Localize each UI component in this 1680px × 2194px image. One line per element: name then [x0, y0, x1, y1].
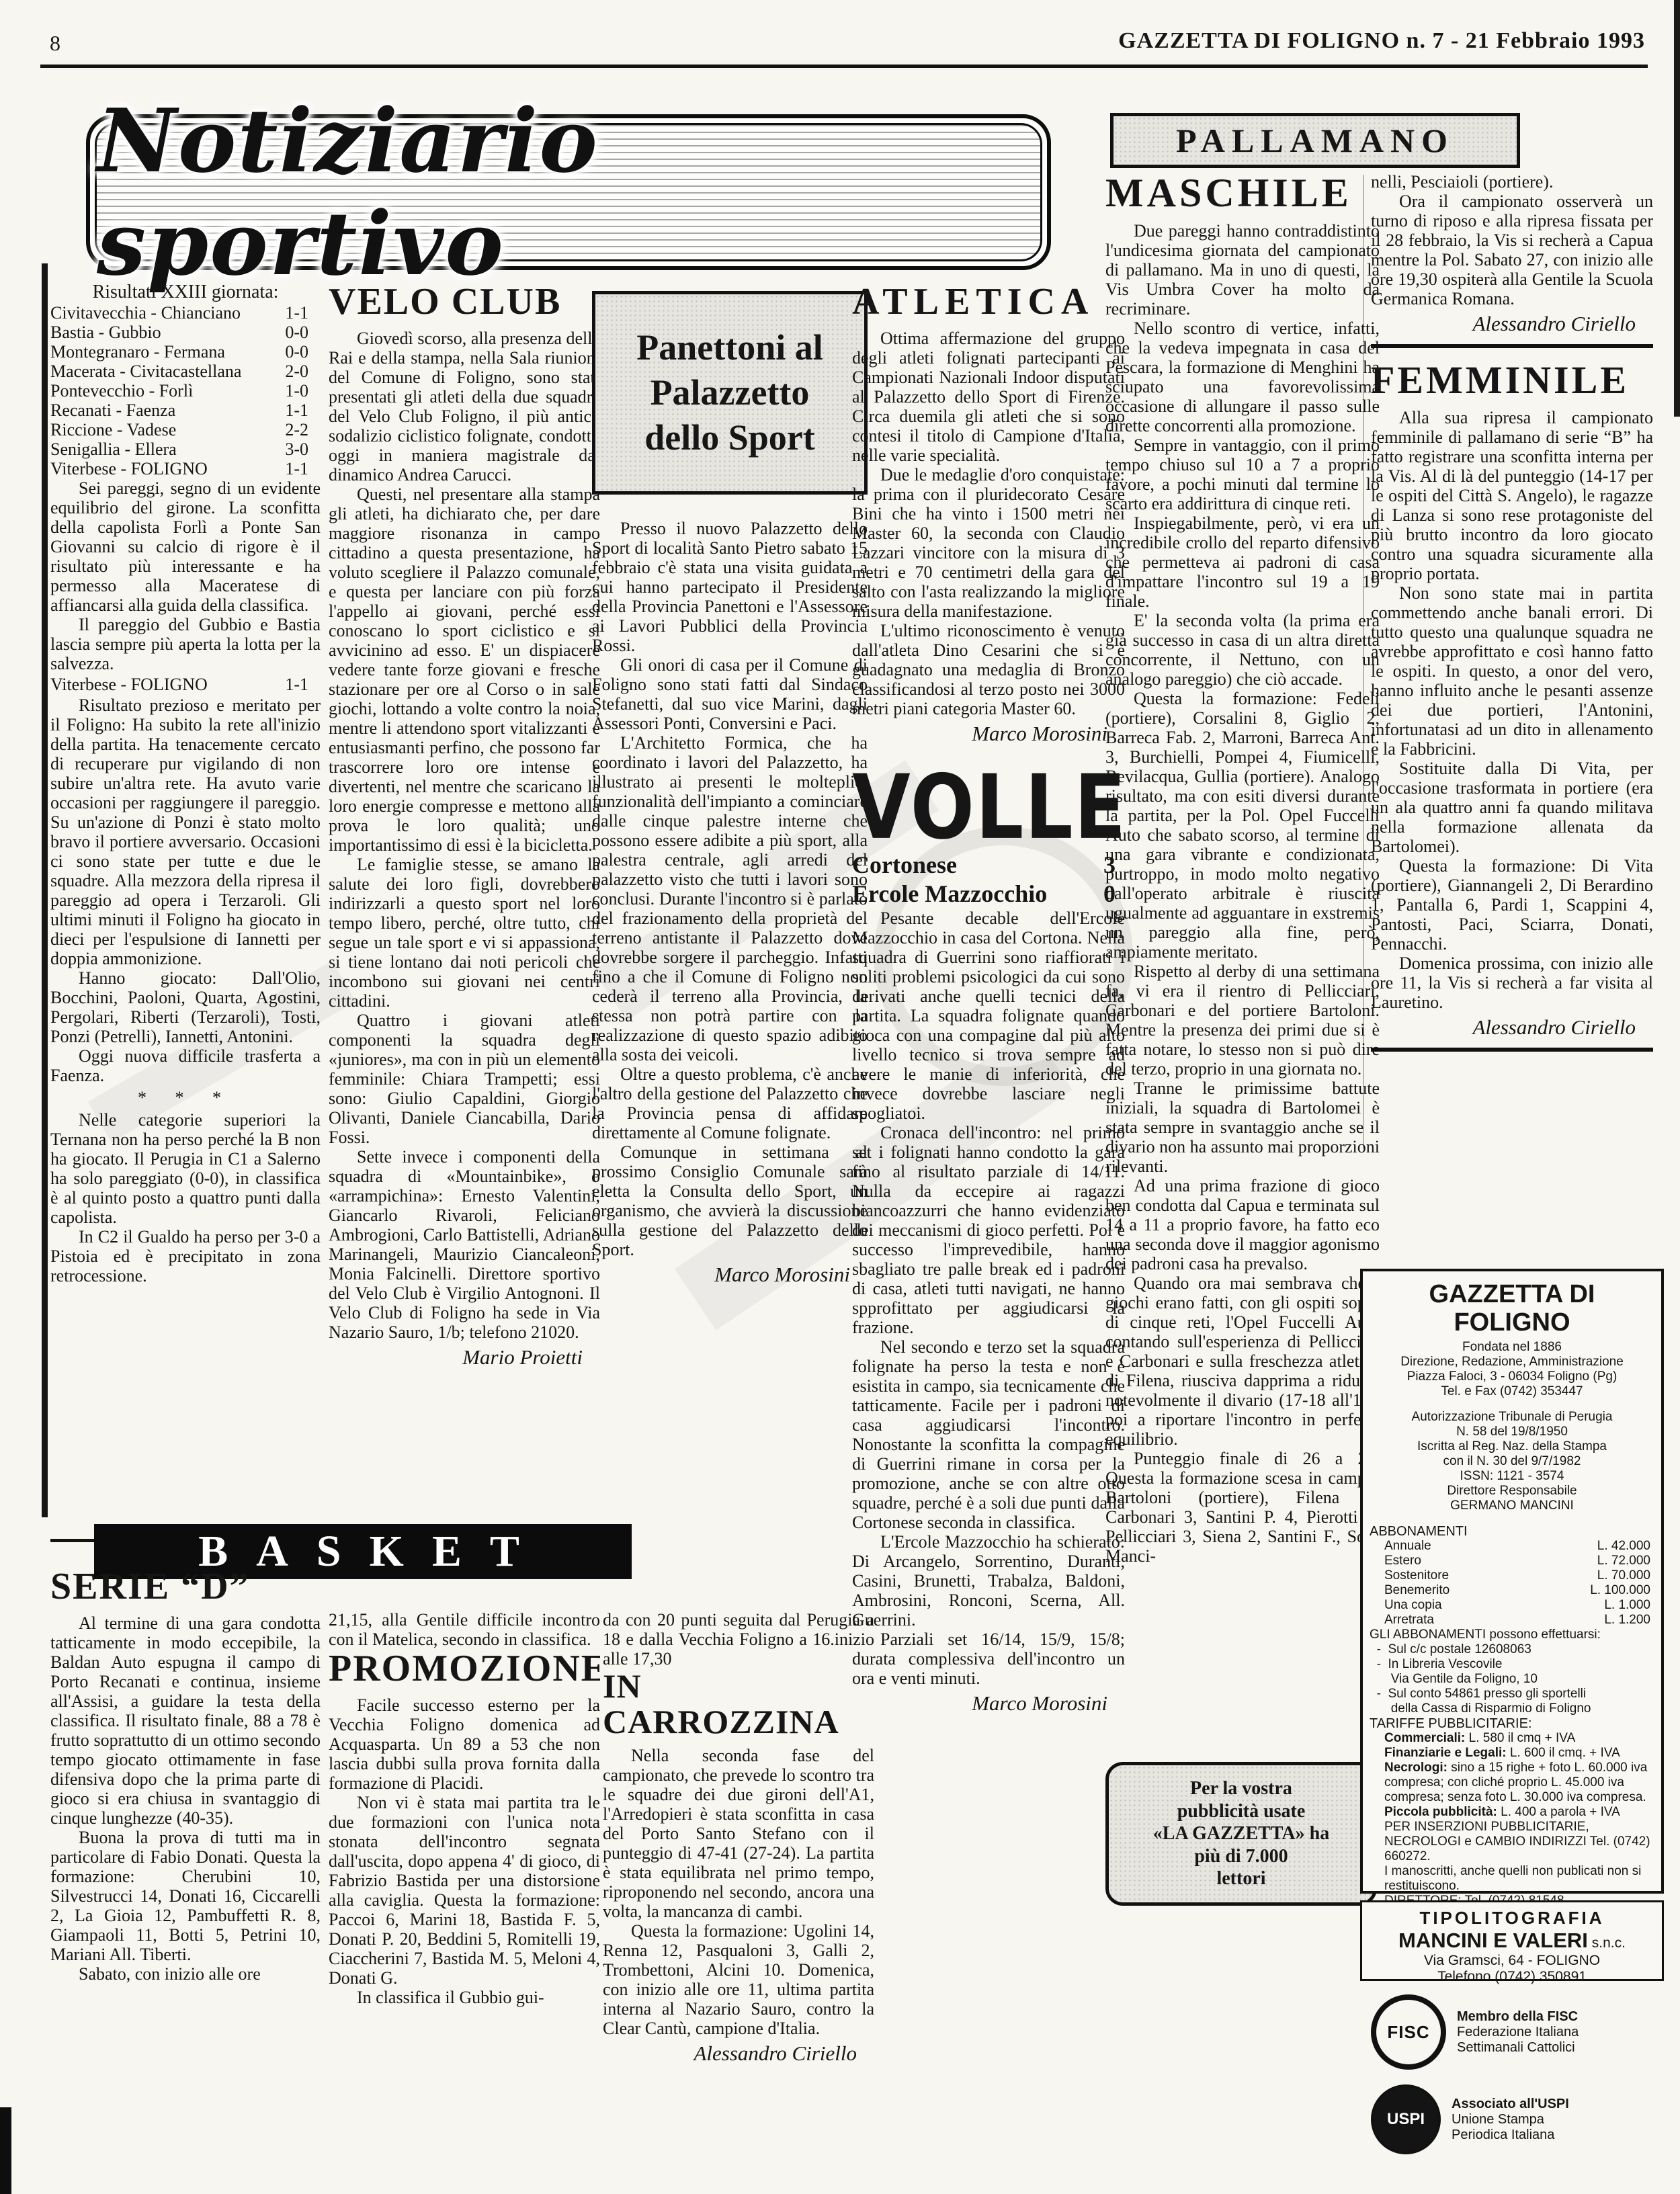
volley-logo: VOLLEY — [852, 763, 1125, 852]
paragraph: Nello scontro di vertice, infatti, che l… — [1105, 319, 1380, 435]
result-row: Macerata - Civitacastellana 2-0 — [50, 362, 321, 381]
result-row: Bastia - Gubbio 0-0 — [50, 323, 321, 342]
byline: Marco Morosini — [852, 724, 1125, 743]
result-row: Viterbese - FOLIGNO 1-1 — [50, 459, 321, 478]
byline: Alessandro Ciriello — [603, 2043, 874, 2063]
tariff-label: Finanziarie e Legali: — [1384, 1746, 1507, 1760]
printer-box: TIPOLITOGRAFIA MANCINI E VALERI s.n.c. V… — [1360, 1900, 1664, 1981]
caption-line: Periodica Italiana — [1452, 2127, 1569, 2143]
caption-line: Associato all'USPI — [1452, 2097, 1569, 2112]
paragraph: Quattro i giovani atleti componenti la s… — [329, 1011, 600, 1147]
tariff-text: L. 580 il cmq + IVA — [1465, 1731, 1575, 1745]
paragraph: Questi, nel presentare alla stampa gli a… — [329, 484, 600, 855]
result-match: Bastia - Gubbio — [50, 323, 161, 342]
byline: Marco Morosini — [852, 1693, 1125, 1713]
article-basket-carrozzina: da con 20 punti seguita dal Perugia a 18… — [603, 1610, 874, 2191]
masthead-line: Fondata nel 1886 — [1370, 1340, 1654, 1355]
tariff-text: PER INSERZIONI PUBBLICITARIE, NECROLOGI … — [1384, 1820, 1650, 1863]
subscription-label: Una copia — [1384, 1598, 1442, 1613]
result-score: 1-1 — [285, 400, 308, 420]
paragraph: E' la seconda volta (la prima era già su… — [1105, 611, 1380, 689]
article-title: FEMMINILE — [1371, 360, 1653, 401]
continuation-line: da con 20 punti seguita dal Perugia a 18… — [603, 1610, 874, 1669]
result-match: Senigallia - Ellera — [50, 439, 177, 459]
subscription-price: L. 70.000 — [1597, 1568, 1650, 1583]
tariff-line: Finanziarie e Legali: L. 600 il cmq. + I… — [1370, 1746, 1654, 1761]
result-row: Montegranaro - Fermana 0-0 — [50, 342, 321, 362]
paragraph: Oggi nuova difficile trasferta a Faenza. — [50, 1046, 321, 1085]
result-row: Recanati - Faenza 1-1 — [50, 400, 321, 420]
paragraph: Sempre in vantaggio, con il primo tempo … — [1105, 435, 1380, 513]
section-rule — [1371, 344, 1653, 348]
result-match: Civitavecchia - Chianciano — [50, 303, 241, 323]
paragraph: Hanno giocato: Dall'Olio, Bocchini, Paol… — [50, 968, 321, 1046]
article-atletica-volley: ATLETICA Ottima affermazione del gruppo … — [852, 282, 1125, 1929]
masthead-line: Tel. e Fax (0742) 353447 — [1370, 1384, 1654, 1399]
paragraph: Nella seconda fase del campionato, che p… — [603, 1746, 874, 1921]
subscription-price: L. 100.000 — [1590, 1583, 1650, 1598]
masthead-line: della Cassa di Risparmio di Foligno — [1370, 1701, 1654, 1716]
subscription-price: L. 1.000 — [1604, 1598, 1650, 1613]
edition-line: GAZZETTA DI FOLIGNO n. 7 - 21 Febbraio 1… — [1118, 28, 1645, 54]
masthead-line: - Sul c/c postale 12608063 — [1370, 1642, 1654, 1657]
subscription-row: Arretrata L. 1.200 — [1370, 1613, 1654, 1628]
tariff-line: I manoscritti, anche quelli non publicat… — [1370, 1864, 1654, 1894]
tariff-line: PER INSERZIONI PUBBLICITARIE, NECROLOGI … — [1370, 1820, 1654, 1864]
result-score: 2-2 — [285, 420, 308, 439]
masthead-info-box: GAZZETTA DI FOLIGNO Fondata nel 1886Dire… — [1360, 1269, 1664, 1894]
advert-line: più di 7.000 — [1116, 1845, 1367, 1868]
masthead-line: GLI ABBONAMENTI possono effettuarsi: — [1370, 1628, 1654, 1642]
stars-separator: * * * — [50, 1088, 321, 1107]
article-title: MASCHILE — [1105, 172, 1380, 214]
tariff-text: I manoscritti, anche quelli non publicat… — [1384, 1864, 1641, 1893]
paragraph: Punteggio finale di 26 a 26. Questa la f… — [1105, 1449, 1380, 1566]
masthead-line: Autorizzazione Tribunale di Perugia — [1370, 1410, 1654, 1425]
tariff-text: L. 400 a parola + IVA — [1497, 1805, 1620, 1819]
paragraph: Ora il campionato osserverà un turno di … — [1371, 192, 1653, 308]
team-name: Ercole Mazzocchio — [852, 880, 1047, 909]
paragraph: Nel secondo e terzo set la squadra folig… — [852, 1337, 1125, 1532]
subscription-row: Sostenitore L. 70.000 — [1370, 1568, 1654, 1583]
paragraph: Sostituite dalla Di Vita, per l'occasion… — [1371, 759, 1653, 856]
article-pallamano-femminile: nelli, Pesciaioli (portiere). Ora il cam… — [1371, 172, 1653, 1153]
article-basket-serie-d: SERIE “D” Al termine di una gara condott… — [50, 1567, 321, 2191]
paragraph: Pesante decable dell'Ercole Mazzocchio i… — [852, 909, 1125, 1123]
affiliation-fisc: FISC Membro della FISC Federazione Itali… — [1371, 1994, 1664, 2070]
pallamano-section-banner: PALLAMANO — [1110, 113, 1520, 168]
result-row: Pontevecchio - Forlì 1-0 — [50, 381, 321, 400]
paragraph: Facile successo esterno per la Vecchia F… — [329, 1695, 600, 1793]
tariff-label: Piccola pubblicità: — [1384, 1805, 1497, 1819]
paragraph: Al termine di una gara condotta tatticam… — [50, 1613, 321, 1828]
scan-edge-artifact-left — [42, 263, 48, 1517]
headline-line: Palazzetto — [605, 370, 855, 415]
fisc-logo: FISC — [1371, 1994, 1446, 2070]
headline-line: dello Sport — [605, 415, 855, 460]
article-panettoni-palazzetto: Panettoni al Palazzetto dello Sport Pres… — [592, 291, 868, 1511]
result-score: 3-0 — [285, 439, 308, 459]
masthead-line: - In Libreria Vescovile — [1370, 1657, 1654, 1672]
subscription-price: L. 72.000 — [1597, 1554, 1650, 1568]
paragraph: Giovedì scorso, alla presenza della Rai … — [329, 329, 600, 484]
scan-corner-artifact — [0, 2107, 11, 2194]
paragraph: Questa la formazione: Ugolini 14, Renna … — [603, 1921, 874, 2038]
masthead-line: Piazza Faloci, 3 - 06034 Foligno (Pg) — [1370, 1369, 1654, 1384]
affiliation-uspi: USPI Associato all'USPI Unione Stampa Pe… — [1371, 2082, 1664, 2157]
subscription-label: Sostenitore — [1384, 1568, 1449, 1583]
result-score: 1-1 — [285, 303, 308, 323]
article-title: IN CARROZZINA — [603, 1669, 874, 1739]
result-row: Civitavecchia - Chianciano 1-1 — [50, 303, 321, 323]
newspaper-page: 8 GAZZETTA DI FOLIGNO n. 7 - 21 Febbraio… — [0, 0, 1680, 2194]
paragraph: Cronaca dell'incontro: nel primo set i f… — [852, 1123, 1125, 1337]
caption-line: Membro della FISC — [1457, 2009, 1579, 2025]
affiliation-caption: Membro della FISC Federazione Italiana S… — [1457, 2009, 1579, 2056]
result-match: Viterbese - FOLIGNO — [50, 459, 208, 478]
paragraph: Sei pareggi, segno di un evidente equili… — [50, 478, 321, 615]
section-rule — [1371, 1048, 1653, 1052]
paragraph: Nelle categorie superiori la Ternana non… — [50, 1110, 321, 1227]
result-score: 1-1 — [285, 459, 308, 478]
advert-line: «LA GAZZETTA» ha — [1116, 1822, 1367, 1845]
uspi-logo: USPI — [1371, 2084, 1441, 2154]
subscription-label: Benemerito — [1384, 1583, 1450, 1598]
result-match: Pontevecchio - Forlì — [50, 381, 193, 400]
article-calcio-risultati: Risultati XXIII giornata: Civitavecchia … — [50, 282, 321, 1527]
printer-line: MANCINI E VALERI s.n.c. — [1362, 1929, 1662, 1953]
article-title: VELO CLUB — [329, 282, 600, 322]
tariffe-title: TARIFFE PUBBLICITARIE: — [1370, 1716, 1654, 1731]
subscription-label: Annuale — [1384, 1539, 1431, 1554]
paragraph: Questa la formazione: Fedeli (portiere),… — [1105, 689, 1380, 962]
paragraph: Sabato, con inizio alle ore — [50, 1964, 321, 1984]
result-score: 2-0 — [285, 362, 308, 381]
printer-line: TIPOLITOGRAFIA — [1362, 1908, 1662, 1929]
subscription-row: Annuale L. 42.000 — [1370, 1539, 1654, 1554]
tariff-label: Commerciali: — [1384, 1731, 1465, 1745]
byline: Marco Morosini — [592, 1265, 868, 1284]
volley-score-row: Ercole Mazzocchio 0 — [852, 880, 1125, 909]
paragraph: Rispetto al derby di una settimana fa, v… — [1105, 962, 1380, 1079]
printer-line: Via Gramsci, 64 - FOLIGNO — [1362, 1953, 1662, 1969]
paragraph: L'Ercole Mazzocchio ha schierato: Di Arc… — [852, 1532, 1125, 1630]
headline-line: Panettoni al — [605, 325, 855, 370]
article-velo-club: VELO CLUB Giovedì scorso, alla presenza … — [329, 282, 600, 1492]
affiliation-caption: Associato all'USPI Unione Stampa Periodi… — [1452, 2097, 1569, 2143]
paragraph: Gli onori di casa per il Comune di Folig… — [592, 655, 868, 733]
paragraph: L'Architetto Formica, che ha coordinato … — [592, 733, 868, 1064]
paragraph: Due pareggi hanno contraddistinto l'undi… — [1105, 221, 1380, 319]
masthead-line: con il N. 30 del 9/7/1982 — [1370, 1454, 1654, 1469]
paragraph: Sette invece i componenti della squadra … — [329, 1147, 600, 1342]
article-title: ATLETICA — [852, 282, 1125, 322]
paragraph: Ad una prima frazione di gioco ben condo… — [1105, 1176, 1380, 1273]
article-title: SERIE “D” — [50, 1567, 321, 1607]
result-row: Senigallia - Ellera 3-0 — [50, 439, 321, 459]
paragraph: L'ultimo riconoscimento è venuto dall'at… — [852, 621, 1125, 718]
printer-line: Telefono (0742) 350891 — [1362, 1969, 1662, 1985]
advert-line: Per la vostra — [1116, 1777, 1367, 1800]
paragraph: Comunque in settimana al prossimo Consig… — [592, 1142, 868, 1259]
logo-stripe-background: Notiziario sportivo — [95, 123, 1042, 261]
tariff-line: Commerciali: L. 580 il cmq + IVA — [1370, 1731, 1654, 1746]
caption-line: Settimanali Cattolici — [1457, 2040, 1579, 2056]
subscription-price: L. 1.200 — [1604, 1613, 1650, 1628]
masthead-title: GAZZETTA DI FOLIGNO — [1370, 1281, 1654, 1337]
section-title-notiziario-sportivo: Notiziario sportivo — [97, 89, 1040, 295]
paragraph: Non sono state mai in partita commettend… — [1371, 583, 1653, 759]
paragraph: Non vi è stata mai partita tra le due fo… — [329, 1793, 600, 1988]
caption-line: Federazione Italiana — [1457, 2025, 1579, 2040]
match-score-line: Viterbese - FOLIGNO 1-1 — [50, 675, 321, 694]
result-match: Riccione - Vadese — [50, 420, 176, 439]
result-score: 0-0 — [285, 323, 308, 342]
byline: Alessandro Ciriello — [1371, 314, 1653, 333]
byline: Alessandro Ciriello — [1371, 1017, 1653, 1037]
tariff-label: Necrologi: — [1384, 1761, 1447, 1775]
continuation-line: nelli, Pesciaioli (portiere). — [1371, 172, 1653, 192]
paragraph: In classifica il Gubbio gui- — [329, 1988, 600, 2007]
masthead-line: Direttore Responsabile — [1370, 1484, 1654, 1499]
masthead-line: GERMANO MANCINI — [1370, 1499, 1654, 1513]
result-match: Macerata - Civitacastellana — [50, 362, 241, 381]
paragraph: Le famiglie stesse, se amano la salute d… — [329, 855, 600, 1011]
paragraph: Parziali set 16/14, 15/9, 15/8; durata c… — [852, 1630, 1125, 1688]
masthead-line: N. 58 del 19/8/1950 — [1370, 1425, 1654, 1439]
subscription-price: L. 42.000 — [1597, 1539, 1650, 1554]
byline: Mario Proietti — [329, 1347, 600, 1367]
paragraph: Questa la formazione: Di Vita (portiere)… — [1371, 856, 1653, 954]
paragraph: In C2 il Gualdo ha perso per 3-0 a Pisto… — [50, 1227, 321, 1285]
paragraph: Quando ora mai sembrava che i giochi era… — [1105, 1273, 1380, 1449]
advert-line: pubblicità usate — [1116, 1800, 1367, 1823]
subscription-label: Arretrata — [1384, 1613, 1434, 1628]
paragraph: Alla sua ripresa il campionato femminile… — [1371, 408, 1653, 583]
advert-la-gazzetta-box: Per la vostrapubblicità usate«LA GAZZETT… — [1105, 1762, 1377, 1906]
masthead-line: ISSN: 1121 - 3574 — [1370, 1469, 1654, 1484]
article-title: PROMOZIONE — [329, 1649, 600, 1689]
paragraph: Il pareggio del Gubbio e Bastia lascia s… — [50, 615, 321, 673]
match-score: 1-1 — [285, 675, 308, 694]
result-score: 0-0 — [285, 342, 308, 362]
masthead-line: - Sul conto 54861 presso gli sportelli — [1370, 1687, 1654, 1701]
paragraph: Buona la prova di tutti ma in particolar… — [50, 1828, 321, 1964]
abbonamenti-title: ABBONAMENTI — [1370, 1524, 1654, 1539]
continuation-line: 21,15, alla Gentile difficile incontro c… — [329, 1610, 600, 1649]
notiziario-sportivo-logo-box: Notiziario sportivo — [86, 114, 1051, 270]
result-score: 1-0 — [285, 381, 308, 400]
match-name: Viterbese - FOLIGNO — [50, 675, 208, 694]
page-number: 8 — [50, 31, 60, 56]
paragraph: Risultato prezioso e meritato per il Fol… — [50, 695, 321, 968]
paragraph: Inspiegabilmente, però, vi era un incred… — [1105, 513, 1380, 611]
masthead-line: Via Gentile da Foligno, 10 — [1370, 1672, 1654, 1687]
tariff-line: Piccola pubblicità: L. 400 a parola + IV… — [1370, 1805, 1654, 1820]
paragraph: Tranne le primissime battute iniziali, l… — [1105, 1079, 1380, 1176]
masthead-line: Direzione, Redazione, Amministrazione — [1370, 1355, 1654, 1369]
article-basket-promozione: 21,15, alla Gentile difficile incontro c… — [329, 1610, 600, 2191]
article-pallamano-maschile: MASCHILE Due pareggi hanno contraddistin… — [1105, 172, 1380, 1753]
paragraph: Due le medaglie d'oro conquistate: la pr… — [852, 465, 1125, 621]
result-match: Recanati - Faenza — [50, 400, 175, 420]
subscription-label: Estero — [1384, 1554, 1421, 1568]
paragraph: Presso il nuovo Palazzetto dello Sport d… — [592, 519, 868, 655]
masthead-line: Iscritta al Reg. Naz. della Stampa — [1370, 1439, 1654, 1454]
subscription-row: Estero L. 72.000 — [1370, 1554, 1654, 1568]
paragraph: Domenica prossima, con inizio alle ore 1… — [1371, 954, 1653, 1012]
header-rule — [40, 65, 1648, 68]
headline-box: Panettoni al Palazzetto dello Sport — [592, 291, 868, 495]
result-match: Montegranaro - Fermana — [50, 342, 225, 362]
paragraph: Oltre a questo problema, c'è anche l'alt… — [592, 1064, 868, 1142]
subscription-row: Una copia L. 1.000 — [1370, 1598, 1654, 1613]
results-list: Civitavecchia - Chianciano 1-1 Bastia - … — [50, 303, 321, 478]
tariff-text: L. 600 il cmq. + IVA — [1507, 1746, 1620, 1760]
subscription-row: Benemerito L. 100.000 — [1370, 1583, 1654, 1598]
caption-line: Unione Stampa — [1452, 2112, 1569, 2127]
results-title: Risultati XXIII giornata: — [50, 282, 321, 302]
paragraph: Ottima affermazione del gruppo degli atl… — [852, 329, 1125, 465]
scan-edge-artifact-right — [1674, 0, 1680, 417]
advert-line: lettori — [1116, 1867, 1367, 1890]
tariff-line: Necrologi: sino a 15 righe + foto L. 60.… — [1370, 1761, 1654, 1805]
result-row: Riccione - Vadese 2-2 — [50, 420, 321, 439]
